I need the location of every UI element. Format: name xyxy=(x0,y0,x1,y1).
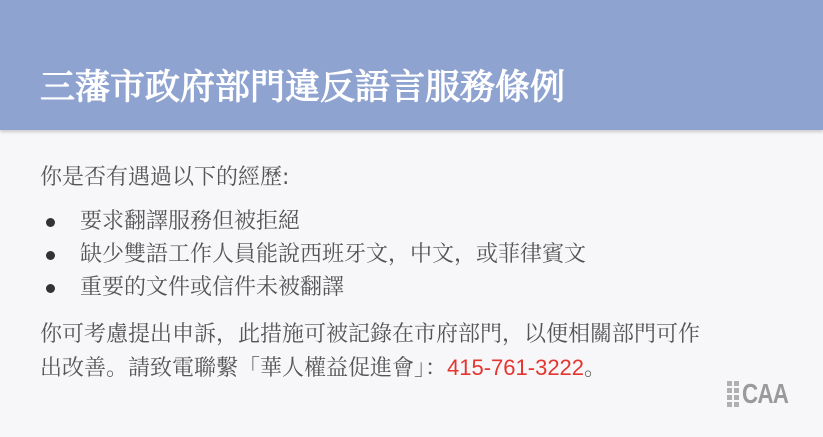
list-item: 重要的文件或信件未被翻譯 xyxy=(40,271,586,304)
caa-logo: CAA xyxy=(727,378,800,410)
phone-number: 415-761-3222 xyxy=(447,355,584,380)
complaint-paragraph: 你可考慮提出申訴，此措施可被記錄在市府部門，以便相關部門可作 出改善。請致電聯繫… xyxy=(40,318,700,385)
page-title: 三藩市政府部門違反語言服務條例 xyxy=(40,60,565,110)
experience-list: 要求翻譯服務但被拒絕 缺少雙語工作人員能說西班牙文，中文，或菲律賓文 重要的文件… xyxy=(40,205,586,304)
logo-text: CAA xyxy=(742,378,788,410)
title-banner: 三藩市政府部門違反語言服務條例 xyxy=(0,0,823,130)
paragraph-line-1: 你可考慮提出申訴，此措施可被記錄在市府部門，以便相關部門可作 xyxy=(40,318,700,351)
bullet-icon xyxy=(46,218,55,227)
list-item: 缺少雙語工作人員能說西班牙文，中文，或菲律賓文 xyxy=(40,238,586,271)
intro-question: 你是否有遇過以下的經歷: xyxy=(40,160,289,191)
logo-grid-icon xyxy=(727,381,739,407)
bullet-icon xyxy=(46,284,55,293)
bullet-icon xyxy=(46,251,55,260)
paragraph-line-2: 出改善。請致電聯繫「華人權益促進會」：415-761-3222。 xyxy=(40,351,700,385)
list-item: 要求翻譯服務但被拒絕 xyxy=(40,205,586,238)
